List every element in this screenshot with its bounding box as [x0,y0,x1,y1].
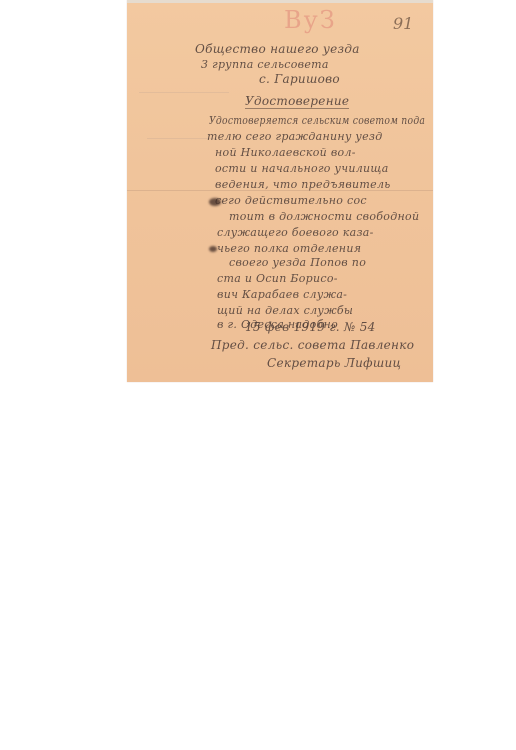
body-line: Удостоверяется сельским советом пода [209,114,425,127]
body-line: телю сего гражданину уезд [207,130,382,143]
ink-blot [209,198,221,206]
document-title: Удостоверение [245,94,349,109]
chairman-signature-line: Пред. сельс. совета Павленко [211,338,414,352]
body-line: ной Николаевской вол- [215,146,356,159]
header-line-2: 3 группа сельсовета [201,58,329,71]
body-line: сего действительно сос [215,194,367,207]
body-line: ста и Осип Борисо- [217,272,338,285]
body-line: ости и начального училища [215,162,389,175]
body-line: чьего полка отделения [217,242,361,255]
date-line: 15 фев 1919 г. № 54 [245,320,376,334]
body-line: своего уезда Попов по [229,256,366,269]
secretary-signature-line: Секретарь Лифшиц [267,356,401,370]
header-line-1: Общество нашего уезда [195,42,360,56]
ink-blot [209,246,217,252]
body-line: ведения, что предъявитель [215,178,391,191]
page-top-edge [127,0,433,3]
body-line: служащего боевого каза- [217,226,374,239]
body-line: вич Карабаев служа- [217,288,347,301]
place-line: с. Гаришово [259,72,340,86]
archive-number: 91 [393,14,413,33]
body-line: щий на делах службы [217,304,353,317]
bleed-through-mark [139,92,229,93]
scanned-document-page: ВуЗ 91 Общество нашего уезда 3 группа се… [127,0,433,382]
red-stamp: ВуЗ [284,6,337,34]
body-line: тоит в должности свободной [229,210,419,223]
